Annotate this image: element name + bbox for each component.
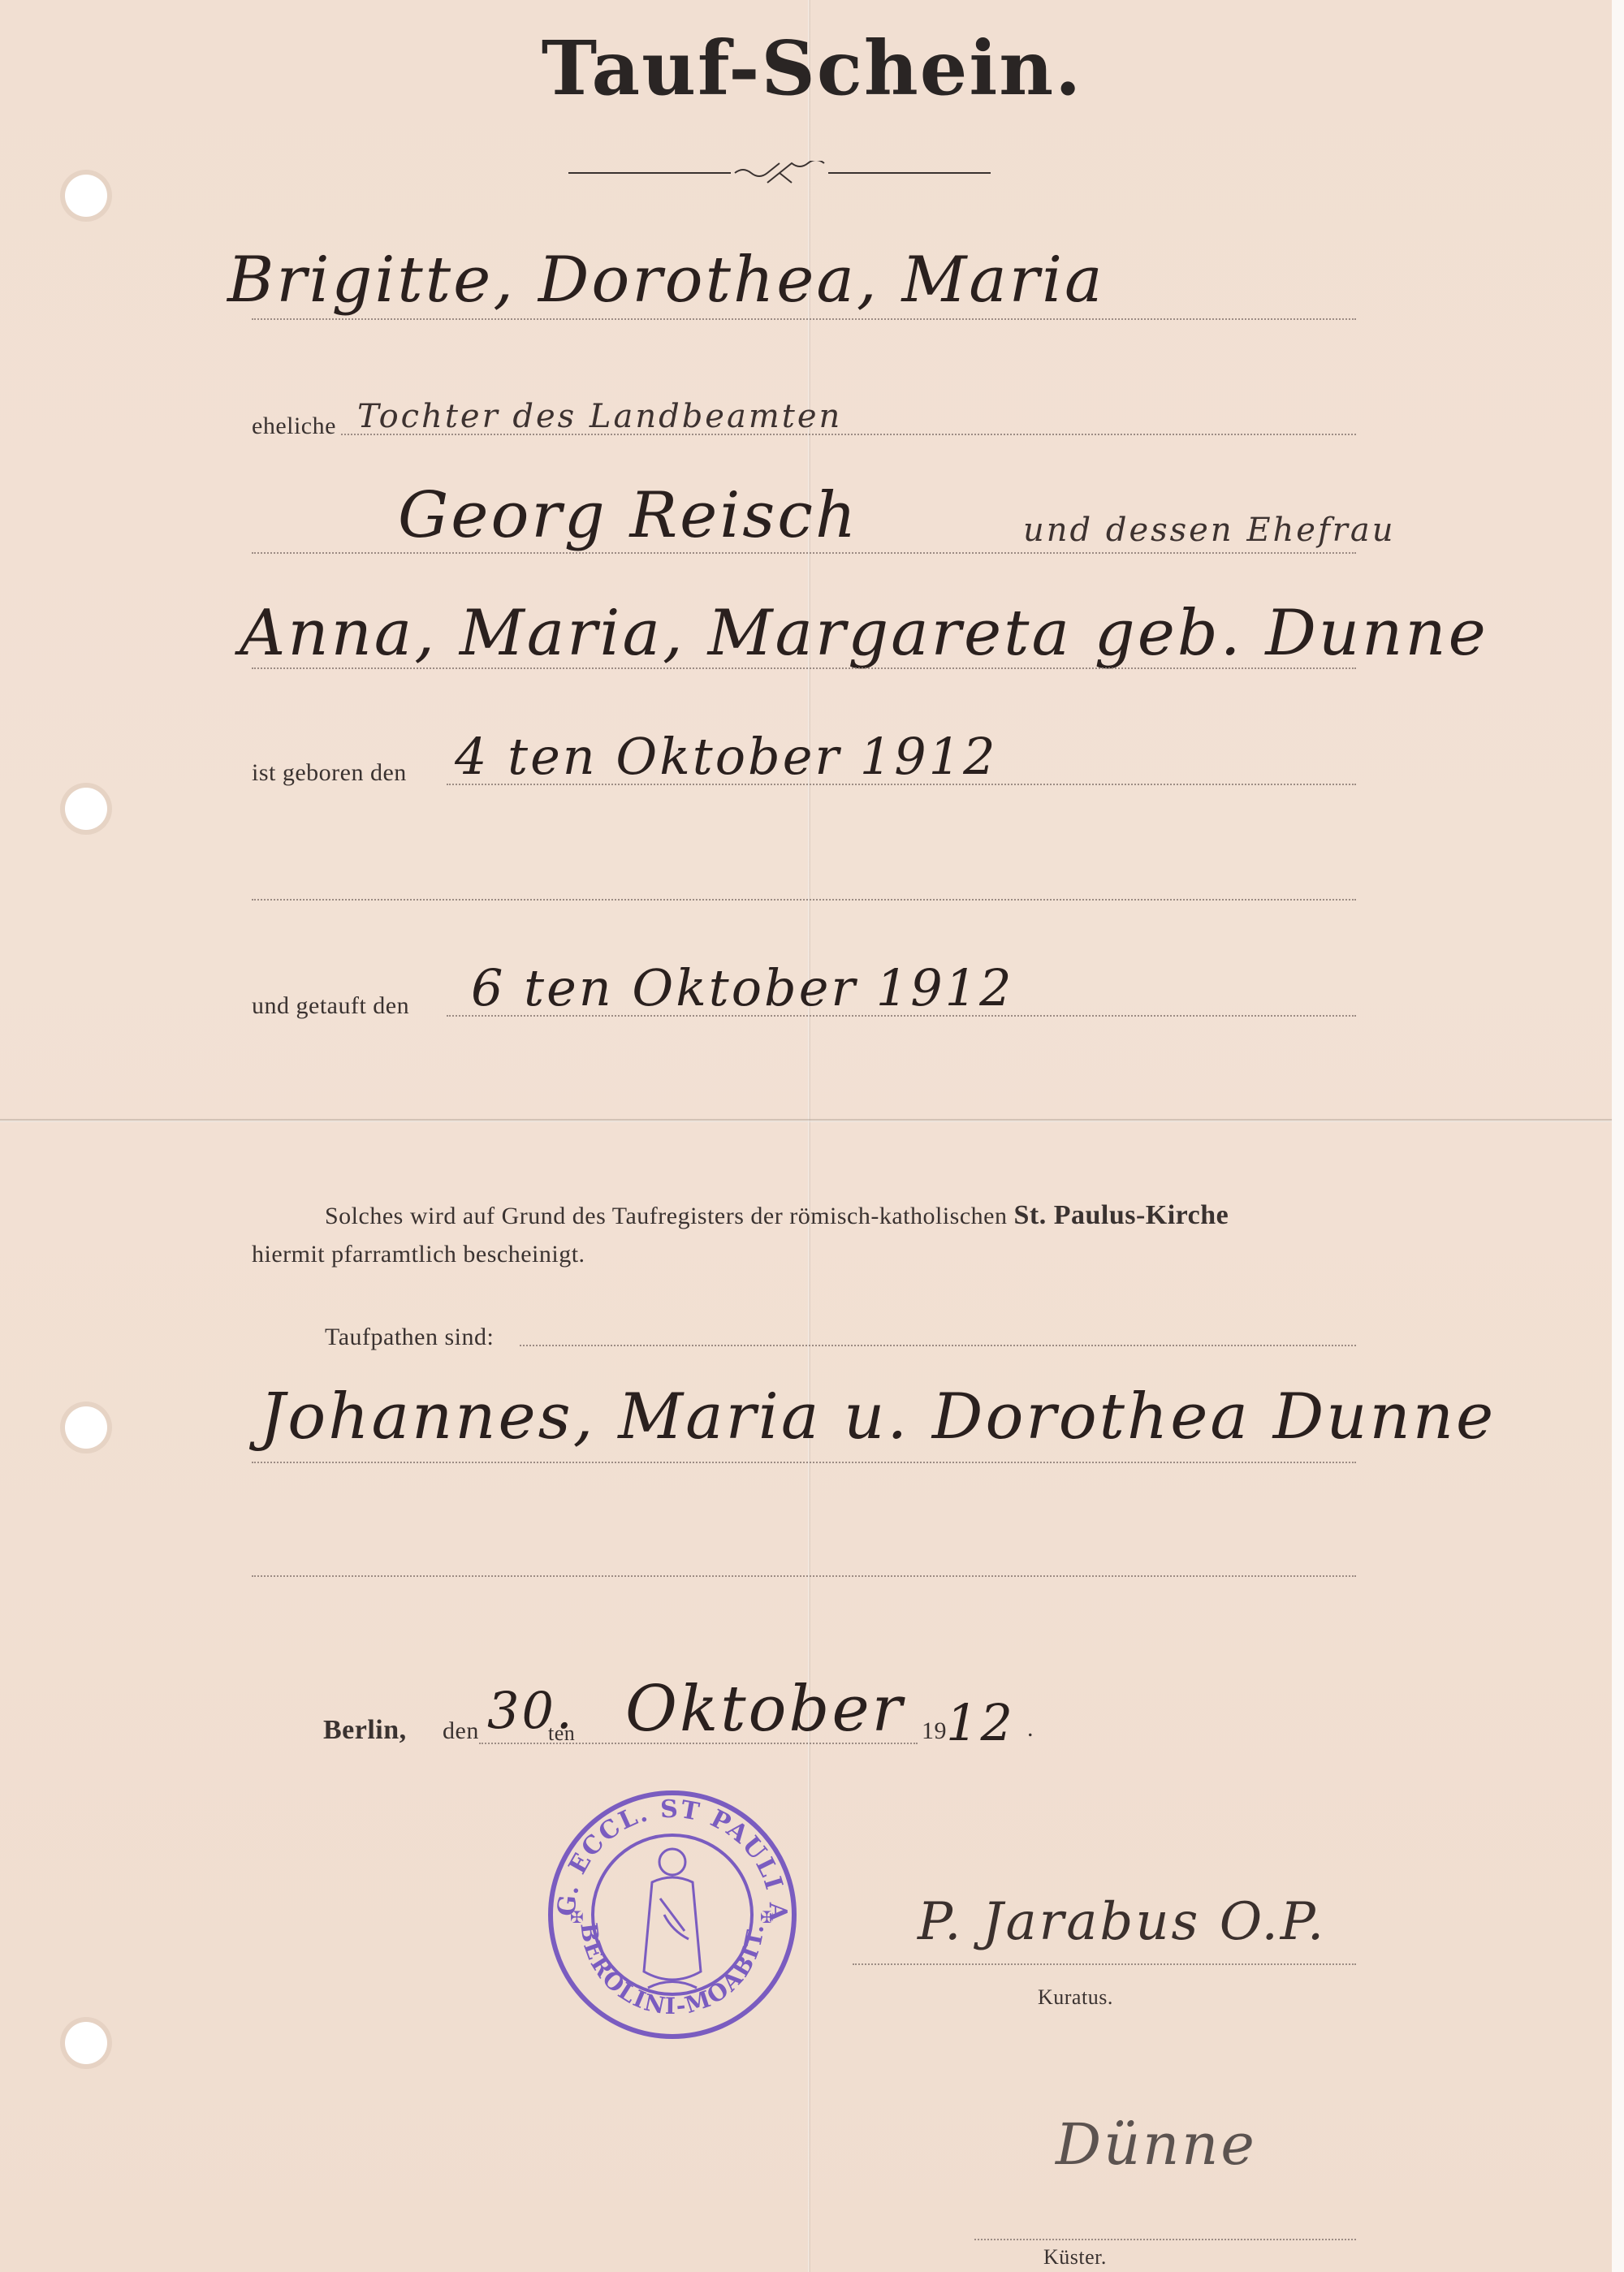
label-baptism: und getauft den bbox=[252, 992, 409, 1020]
month-handwritten: Oktober bbox=[625, 1673, 905, 1746]
curate-title: Kuratus. bbox=[1038, 1985, 1113, 2010]
label-godparents: Taufpathen sind: bbox=[325, 1324, 494, 1351]
baptism-date: 6 ten Oktober 1912 bbox=[471, 958, 1014, 1017]
mother-name: Anna, Maria, Margareta geb. Dunne bbox=[240, 597, 1488, 670]
dotted-line bbox=[252, 667, 1356, 669]
punch-hole-icon bbox=[65, 788, 107, 830]
punch-hole-icon bbox=[65, 1406, 107, 1449]
ornament-divider-icon bbox=[568, 161, 991, 185]
dotted-line bbox=[252, 552, 1356, 554]
svg-text:SIG. ECCL. ST PAULI AP.: SIG. ECCL. ST PAULI AP. bbox=[542, 1785, 792, 1923]
connector-handwritten: und dessen Ehefrau bbox=[1023, 512, 1396, 549]
horizontal-fold-crease bbox=[0, 1119, 1612, 1122]
label-birth: ist geboren den bbox=[252, 759, 407, 787]
year-prefix: 19 bbox=[922, 1717, 947, 1745]
svg-text:✠: ✠ bbox=[760, 1907, 774, 1927]
dotted-line bbox=[252, 899, 1356, 901]
dotted-line bbox=[252, 1462, 1356, 1463]
year-period: . bbox=[1027, 1715, 1034, 1743]
certification-line-2: hiermit pfarramtlich bescheinigt. bbox=[252, 1241, 585, 1268]
sexton-title: Küster. bbox=[1043, 2245, 1107, 2270]
svg-text:BEROLINI-MOABIT.: BEROLINI-MOABIT. bbox=[575, 1921, 769, 2019]
svg-text:✠: ✠ bbox=[570, 1907, 584, 1927]
punch-hole-icon bbox=[65, 175, 107, 217]
relation-handwritten: Tochter des Landbeamten bbox=[357, 398, 842, 435]
church-seal-stamp-icon: SIG. ECCL. ST PAULI AP. BEROLINI-MOABIT.… bbox=[542, 1785, 802, 2045]
curate-signature: P. Jarabus O.P. bbox=[918, 1892, 1326, 1952]
scan-margin bbox=[1612, 0, 1624, 2272]
vertical-fold-crease bbox=[808, 0, 810, 2272]
godparent-names: Johannes, Maria u. Dorothea Dunne bbox=[260, 1380, 1496, 1453]
church-name: St. Paulus-Kirche bbox=[1013, 1200, 1229, 1230]
document-paper bbox=[0, 0, 1612, 2272]
certification-line-1: Solches wird auf Grund des Taufregisters… bbox=[325, 1200, 1229, 1231]
child-name: Brigitte, Dorothea, Maria bbox=[227, 244, 1105, 317]
dotted-line bbox=[341, 434, 1356, 435]
dotted-line bbox=[447, 1015, 1356, 1017]
year-handwritten: 12 bbox=[946, 1693, 1015, 1752]
birth-date: 4 ten Oktober 1912 bbox=[455, 727, 998, 786]
punch-hole-icon bbox=[65, 2022, 107, 2064]
label-eheliche: eheliche bbox=[252, 413, 336, 440]
sexton-signature: Dünne bbox=[1056, 2111, 1257, 2178]
place-city: Berlin, bbox=[323, 1715, 407, 1746]
dotted-line bbox=[974, 2239, 1356, 2240]
dotted-line bbox=[479, 1743, 918, 1744]
dotted-line bbox=[252, 1575, 1356, 1577]
father-name: Georg Reisch bbox=[398, 479, 858, 552]
dotted-line bbox=[853, 1963, 1356, 1965]
dotted-line bbox=[447, 784, 1356, 785]
label-den: den bbox=[443, 1717, 479, 1745]
certification-text: Solches wird auf Grund des Taufregisters… bbox=[325, 1203, 1007, 1229]
dotted-line bbox=[520, 1345, 1356, 1346]
dotted-line bbox=[252, 318, 1356, 320]
document-title: Tauf-Schein. bbox=[0, 24, 1624, 112]
